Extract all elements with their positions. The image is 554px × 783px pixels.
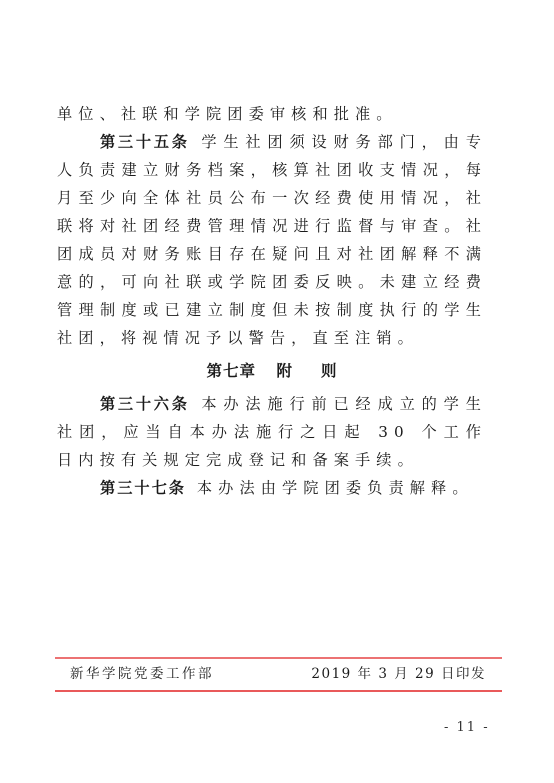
chapter-title-part1: 附 <box>276 362 293 380</box>
document-body: 单位、社联和学院团委审核和批准。 第三十五条 学生社团须设财务部门，由专人负责建… <box>57 100 487 502</box>
article-37: 第三十七条 本办法由学院团委负责解释。 <box>57 474 487 502</box>
article-text: 学生社团须设财务部门，由专人负责建立财务档案，核算社团收支情况，每月至少向全体社… <box>57 133 487 347</box>
chapter-number: 第七章 <box>207 362 257 380</box>
chapter-title-part2: 则 <box>321 362 338 380</box>
paragraph-continuation: 单位、社联和学院团委审核和批准。 <box>57 100 487 128</box>
article-text: 本办法由学院团委负责解释。 <box>197 479 474 497</box>
footer-issuer: 新华学院党委工作部 <box>70 664 214 684</box>
article-number: 第三十五条 <box>100 133 190 151</box>
paragraph-text: 单位、社联和学院团委审核和批准。 <box>57 105 398 123</box>
article-35: 第三十五条 学生社团须设财务部门，由专人负责建立财务档案，核算社团收支情况，每月… <box>57 128 487 352</box>
footer-bottom-rule <box>55 690 502 692</box>
article-36: 第三十六条 本办法施行前已经成立的学生社团，应当自本办法施行之日起 30 个工作… <box>57 390 487 474</box>
article-number: 第三十六条 <box>100 395 190 413</box>
article-number: 第三十七条 <box>100 479 186 497</box>
chapter-heading: 第七章 附则 <box>57 352 487 390</box>
footer-print-date: 2019 年 3 月 29 日印发 <box>311 664 486 684</box>
footer-top-rule <box>55 657 502 659</box>
document-page: 单位、社联和学院团委审核和批准。 第三十五条 学生社团须设财务部门，由专人负责建… <box>0 0 554 783</box>
page-number: - 11 - <box>444 719 490 737</box>
